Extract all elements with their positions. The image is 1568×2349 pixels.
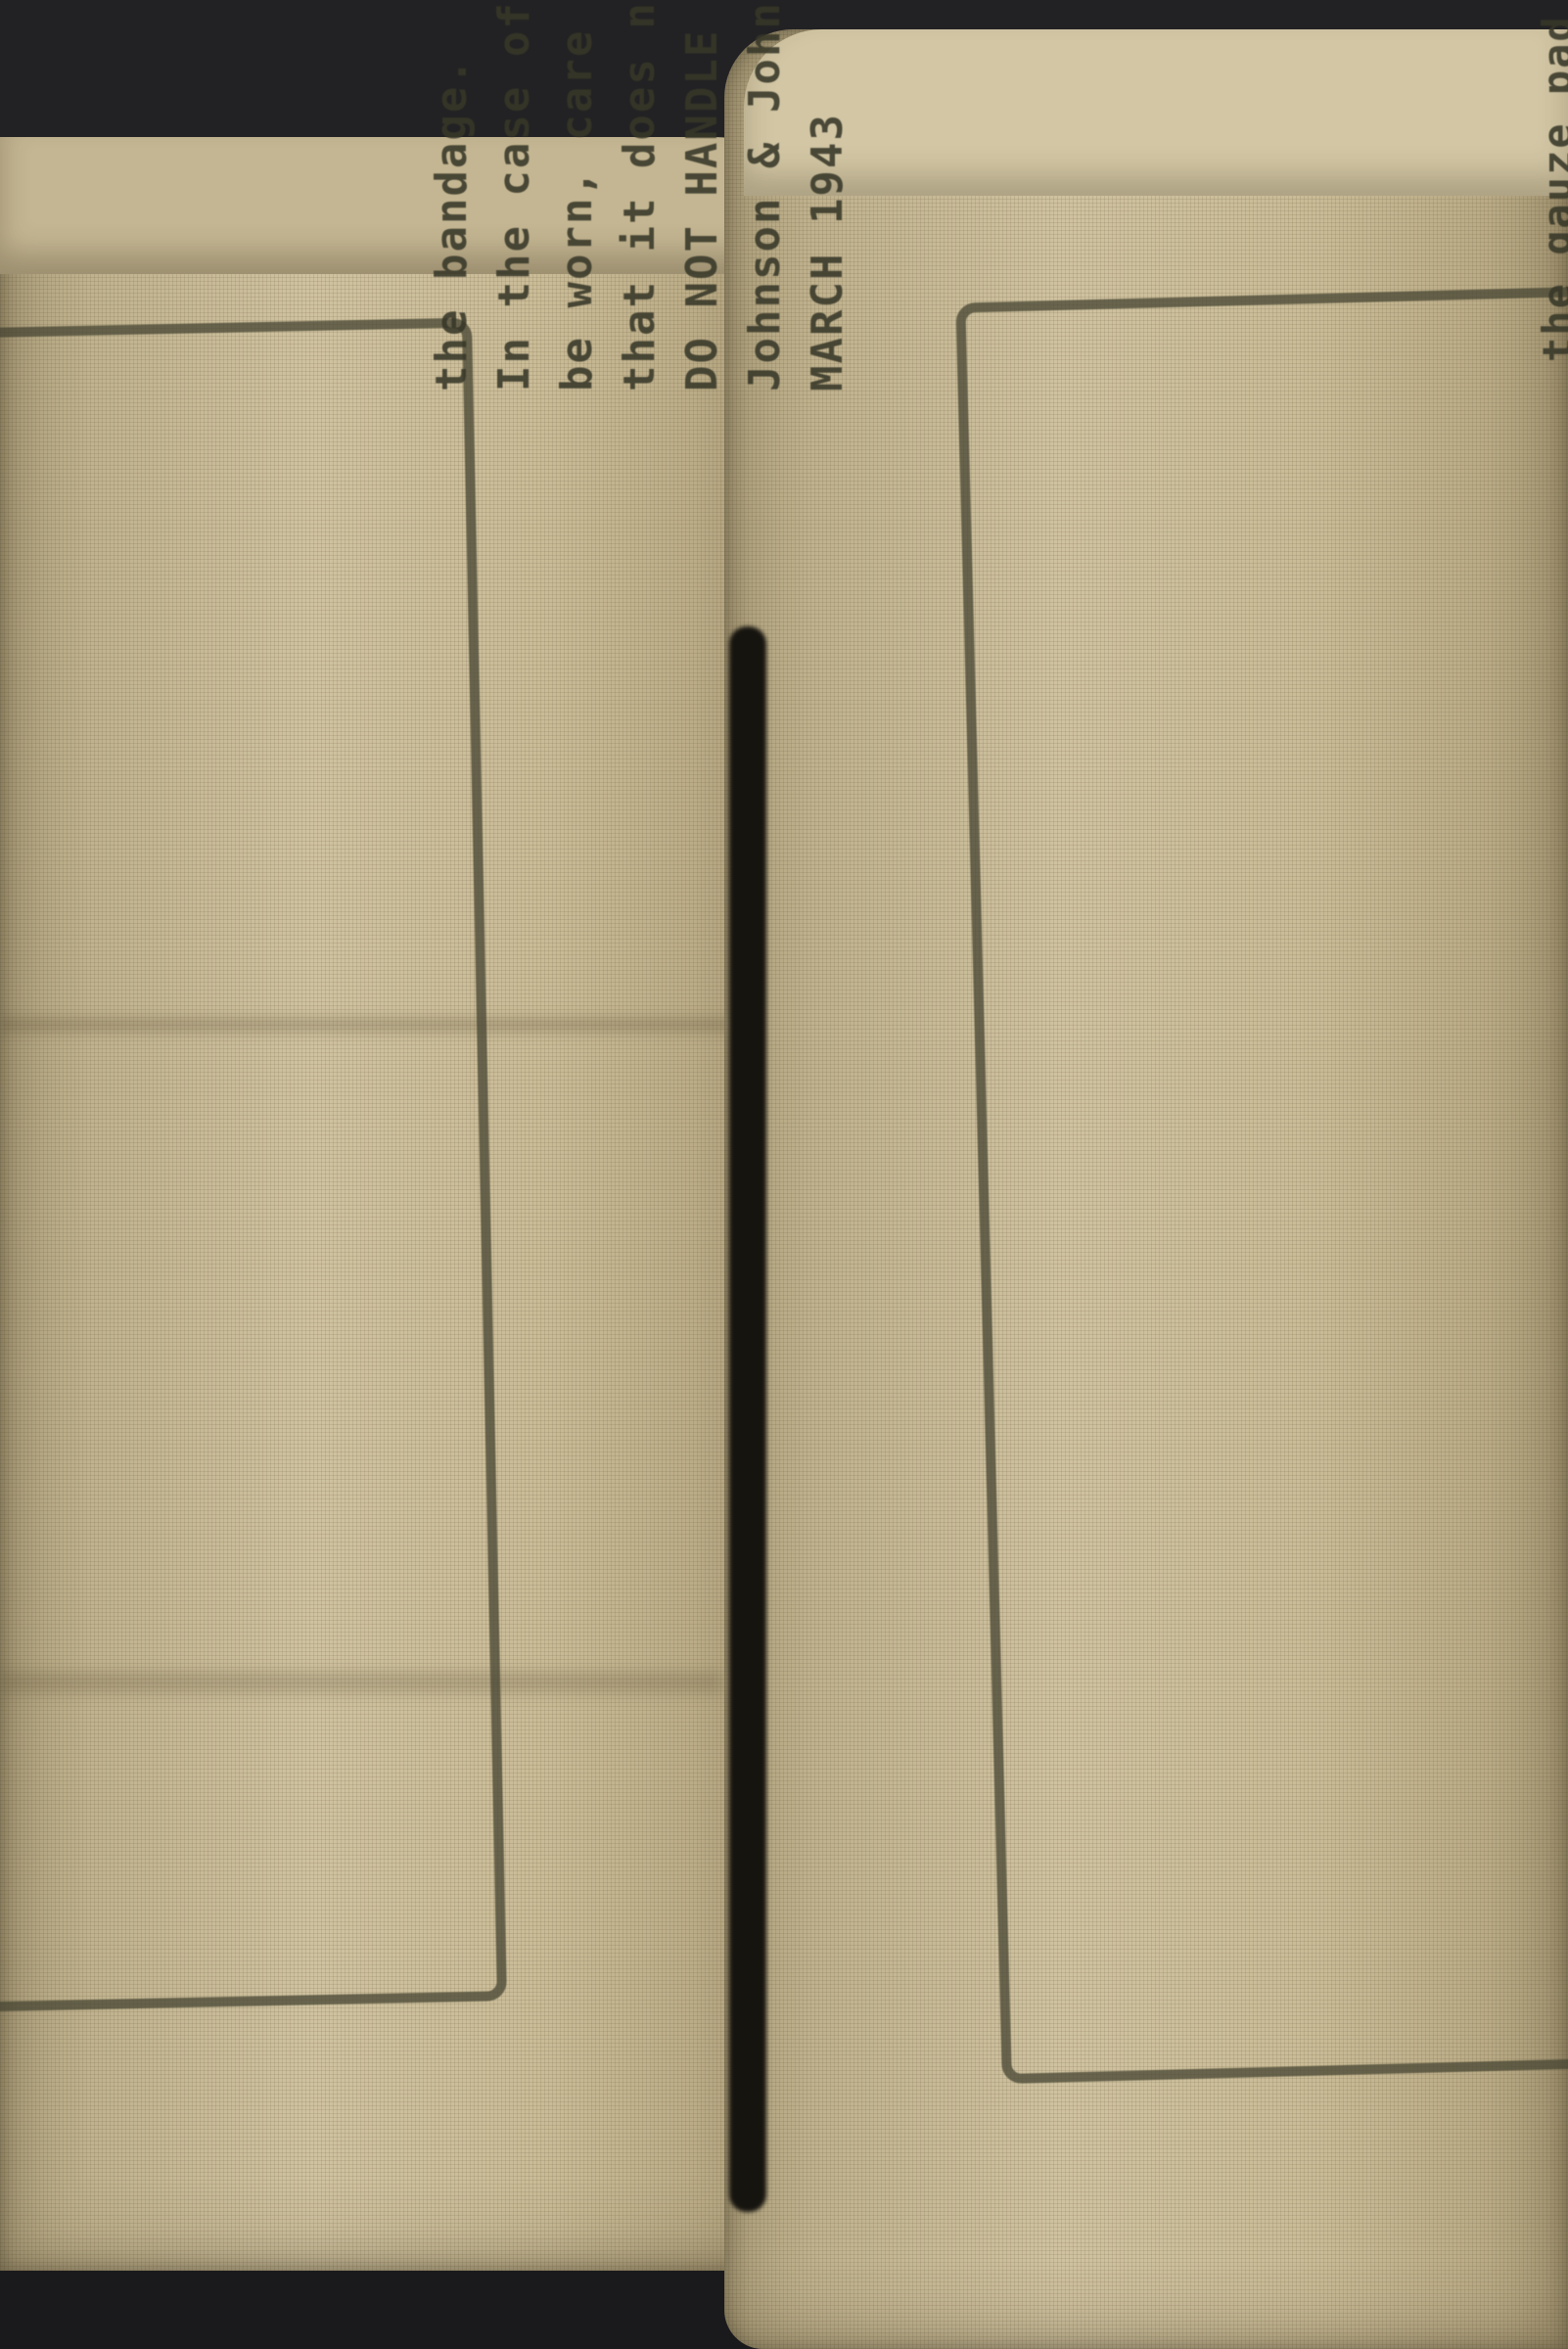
printed-date: MARCH 1943 (797, 0, 859, 391)
gap-between-packets (729, 626, 766, 2212)
printed-line: that it does not interfere with the (609, 0, 671, 391)
left-label-border (0, 318, 507, 2012)
left-packet-printed-text: the bandage. In the case of head wounds … (421, 0, 859, 391)
printed-line: be worn, care should be taken (546, 0, 609, 391)
right-label-border (955, 285, 1568, 2084)
printed-line: the gauze pad to the wound and fix the b… (1527, 0, 1568, 362)
printed-line: the bandage. (421, 0, 484, 391)
printed-line: In the case of head wounds (484, 0, 546, 391)
printed-warning: DO NOT HANDLE THE GAUZE OR WOUND. (671, 0, 734, 391)
right-packet-printed-text: the gauze pad to the wound and fix the b… (1527, 0, 1568, 362)
printed-manufacturer: Johnson & Johnson Pty. Ltd., Sydney. (734, 0, 797, 391)
right-packet-fold (744, 29, 1568, 196)
